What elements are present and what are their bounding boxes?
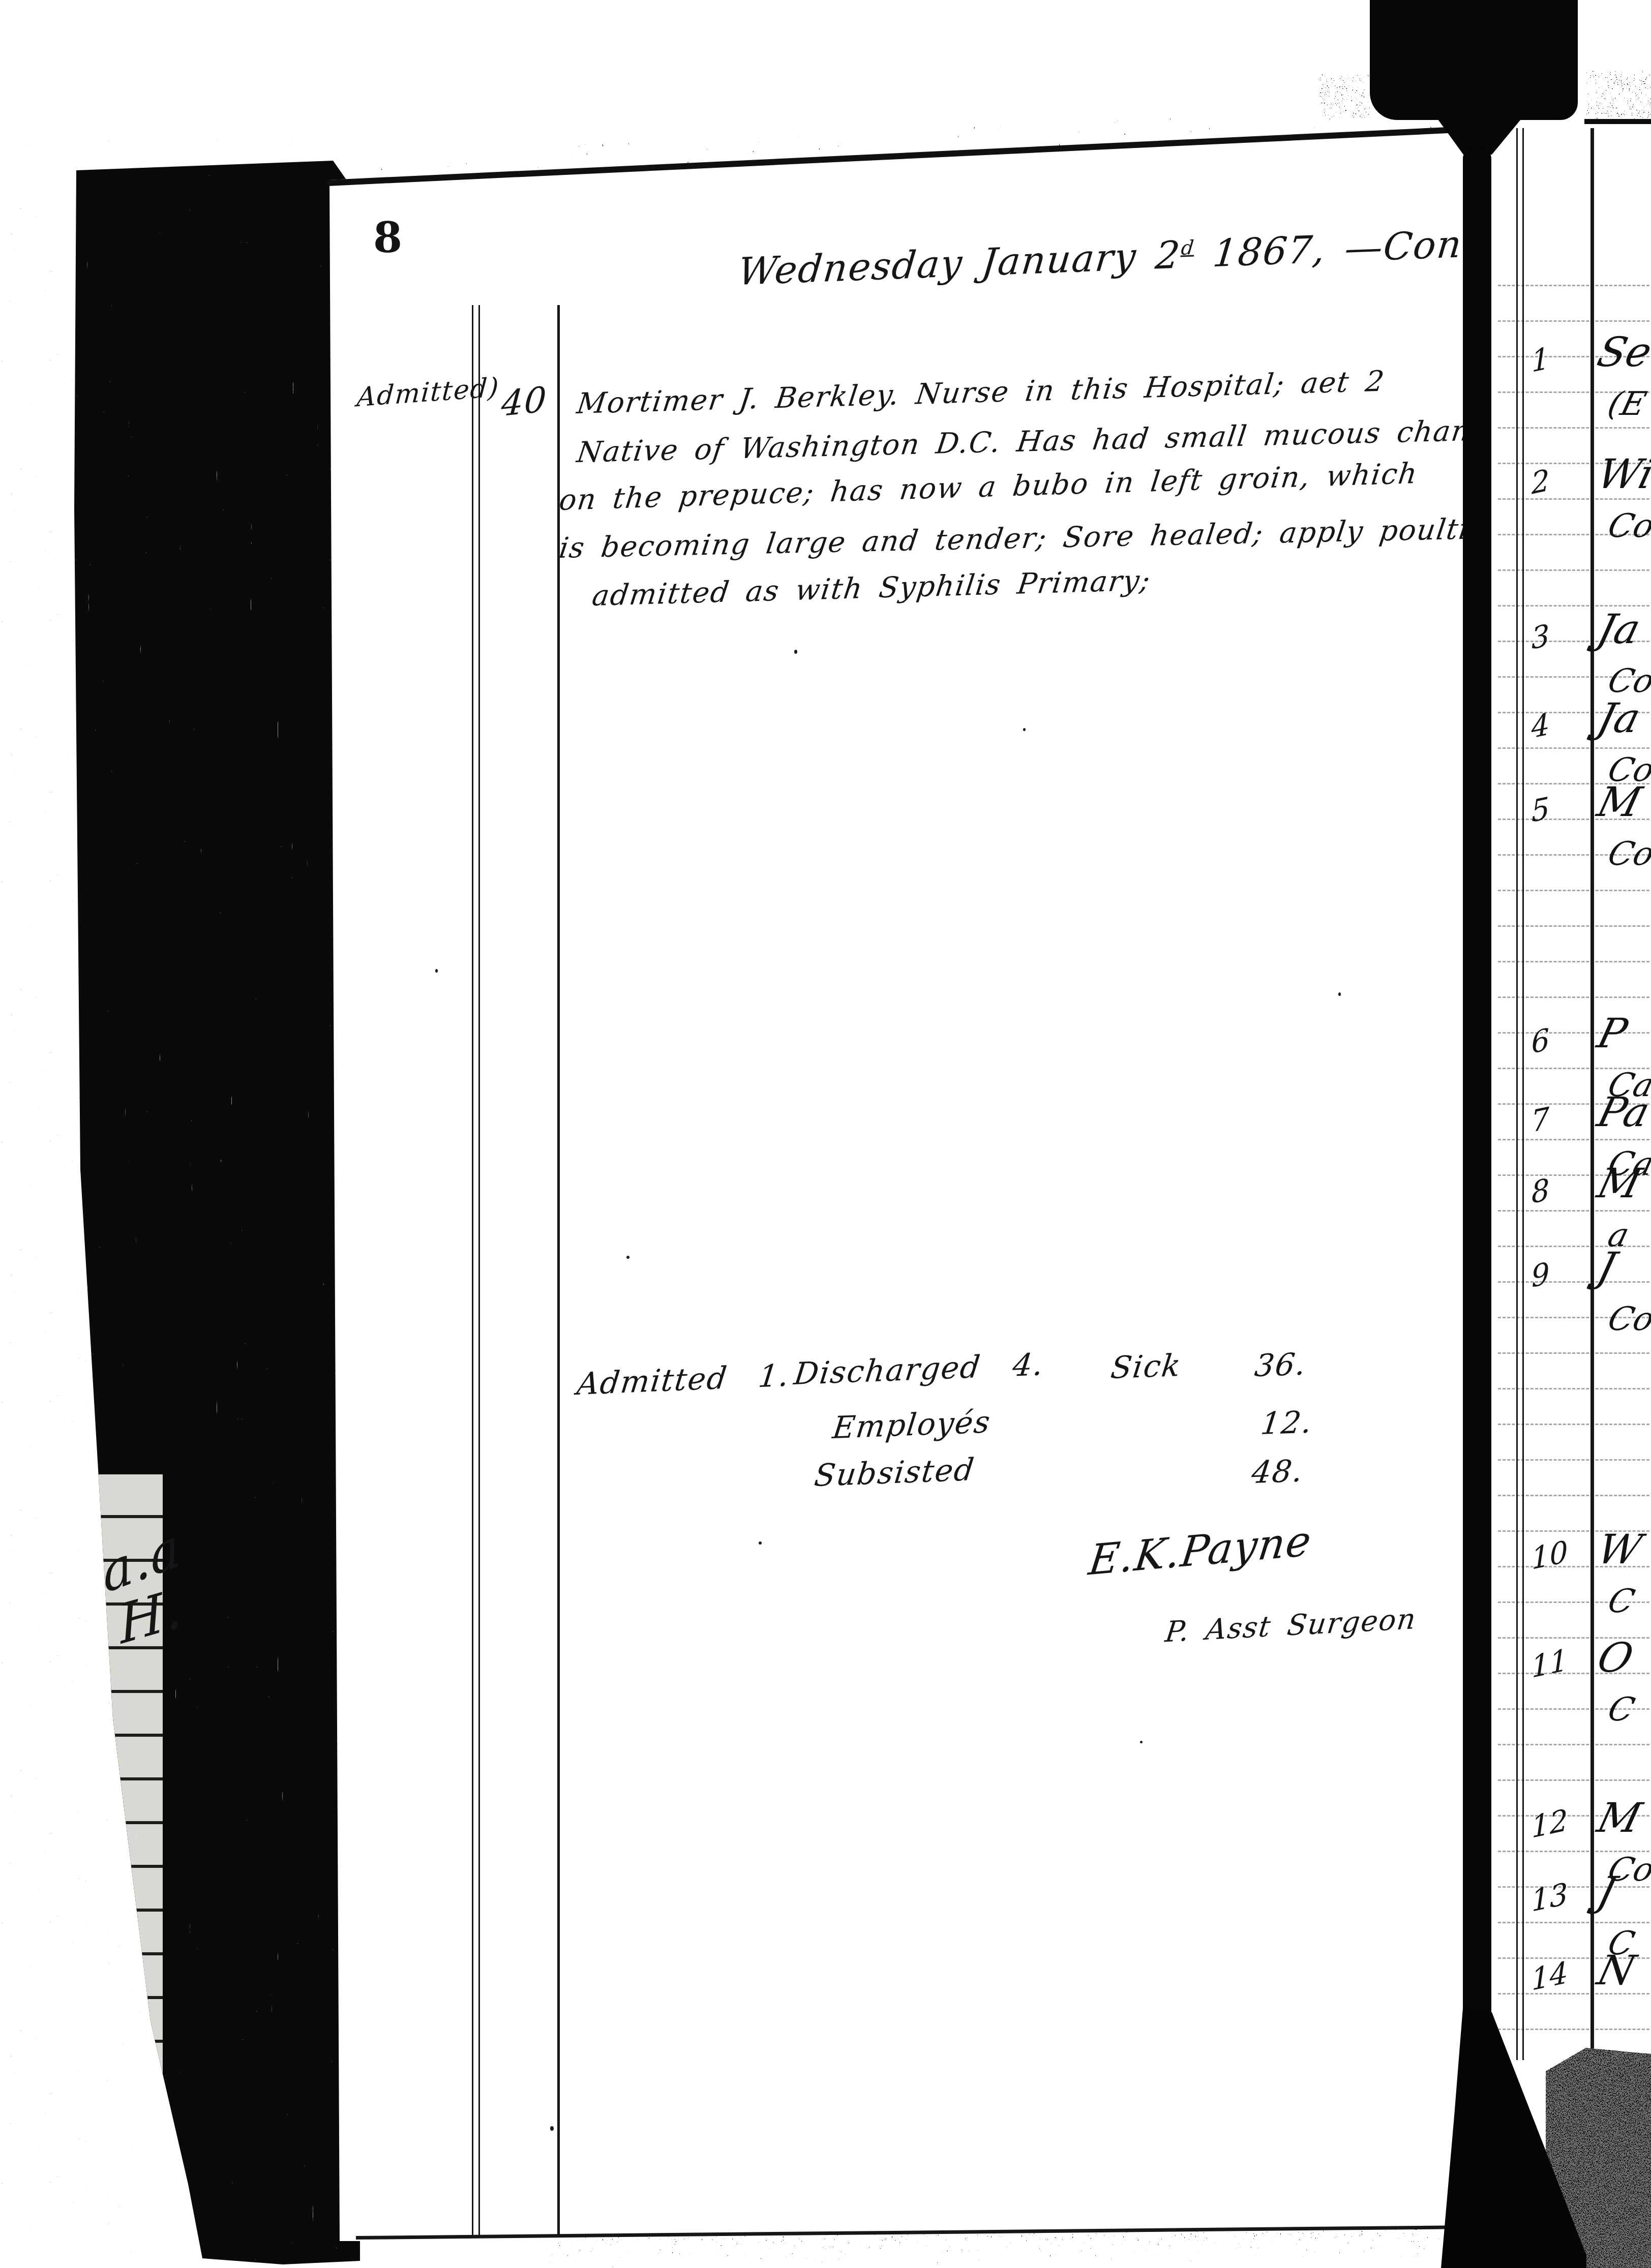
ledger-dashed-rule bbox=[1498, 1744, 1649, 1745]
summary-admitted-value: 1. bbox=[757, 1357, 792, 1395]
ledger-dashed-rule bbox=[1498, 1210, 1649, 1212]
ink-speck bbox=[759, 1541, 762, 1545]
ledger-dashed-rule bbox=[1498, 925, 1649, 927]
ledger-dashed-rule bbox=[1498, 1352, 1649, 1354]
ledger-dashed-rule bbox=[1498, 1388, 1649, 1389]
ledger-dashed-rule bbox=[1498, 1424, 1649, 1425]
ink-speck bbox=[794, 650, 797, 654]
summary-employes-label: Employés bbox=[831, 1404, 993, 1446]
gutter-white-sliver bbox=[1578, 0, 1584, 128]
ledger-dashed-rule bbox=[1498, 1459, 1649, 1461]
summary-admitted-label: Admitted bbox=[575, 1360, 730, 1402]
gutter-left-noise bbox=[1320, 74, 1370, 118]
summary-sick-value: 36. bbox=[1253, 1346, 1309, 1384]
gutter-right-noise bbox=[1585, 71, 1651, 119]
ledger-dashed-rule bbox=[1498, 747, 1649, 749]
ledger-dashed-rule bbox=[1498, 1139, 1649, 1140]
column-rule-single bbox=[557, 305, 560, 2237]
ledger-dashed-rule bbox=[1498, 320, 1649, 322]
column-rule-double-a bbox=[472, 305, 473, 2237]
summary-discharged-label: Discharged bbox=[792, 1349, 983, 1392]
ledger-dashed-rule bbox=[1498, 1922, 1649, 1923]
ink-speck bbox=[1338, 992, 1341, 996]
ink-speck bbox=[550, 2126, 554, 2131]
right-page-rule-double-a bbox=[1516, 128, 1518, 2060]
right-page-rule-double-b bbox=[1522, 128, 1524, 2060]
scanned-ledger-page: a.a H. 8 bbox=[0, 0, 1651, 2268]
ink-speck bbox=[435, 969, 438, 973]
ledger-dashed-rule bbox=[1498, 2029, 1649, 2030]
ledger-dashed-rule bbox=[1498, 961, 1649, 962]
ledger-dashed-rule bbox=[1498, 1779, 1649, 1781]
ledger-dashed-rule bbox=[1498, 569, 1649, 571]
ink-speck bbox=[1140, 1741, 1143, 1743]
ink-speck bbox=[626, 1256, 629, 1259]
column-rule-double-b bbox=[478, 305, 480, 2237]
summary-subsisted-label: Subsisted bbox=[813, 1452, 977, 1494]
ledger-dashed-rule bbox=[1498, 1495, 1649, 1496]
ledger-dashed-rule bbox=[1498, 890, 1649, 891]
gutter-top-shadow-block bbox=[1370, 0, 1578, 120]
ledger-dashed-rule bbox=[1498, 498, 1649, 500]
entry-case-number: 40 bbox=[500, 379, 549, 425]
gutter-shadow-column bbox=[1463, 147, 1491, 2029]
ink-speck bbox=[1023, 728, 1026, 731]
ledger-dashed-rule bbox=[1498, 1246, 1649, 1247]
ledger-dashed-rule bbox=[1498, 427, 1649, 429]
page-number: 8 bbox=[373, 214, 402, 262]
ledger-dashed-rule bbox=[1498, 285, 1649, 286]
summary-employes-value: 12. bbox=[1259, 1404, 1315, 1442]
right-page-top-edge-line bbox=[1584, 119, 1651, 124]
ledger-dashed-rule bbox=[1498, 996, 1649, 998]
summary-discharged-value: 4. bbox=[1011, 1347, 1046, 1384]
summary-sick-label: Sick bbox=[1109, 1348, 1184, 1386]
summary-subsisted-value: 48. bbox=[1250, 1453, 1306, 1491]
